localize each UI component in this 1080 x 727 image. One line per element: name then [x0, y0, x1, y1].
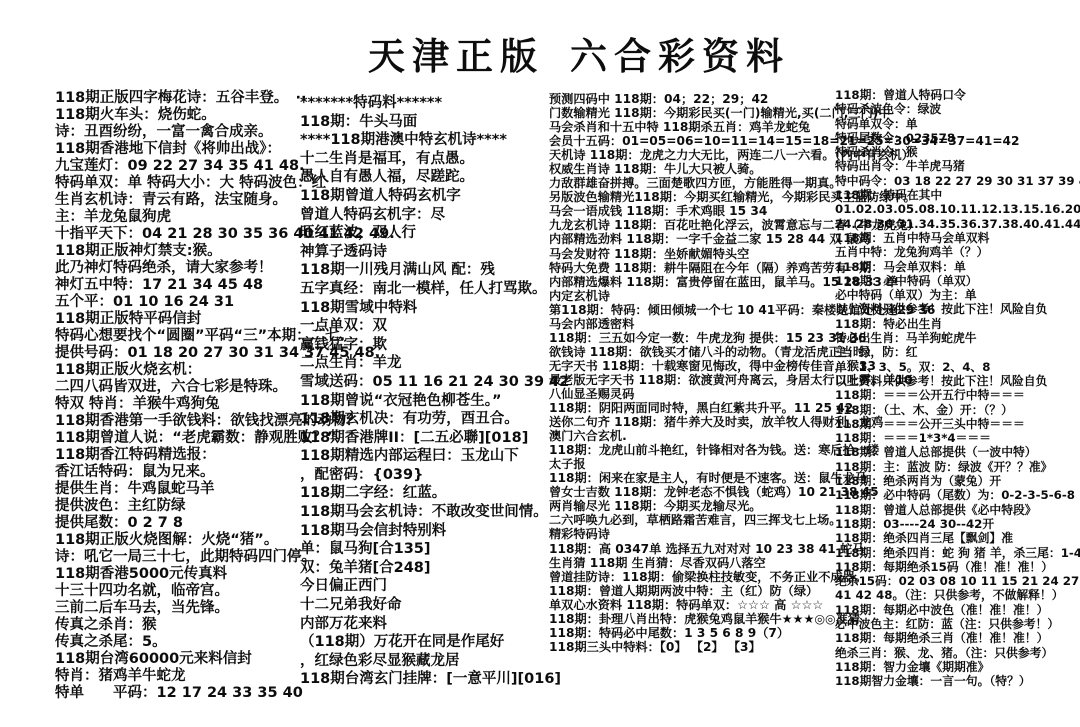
text-line: ****118期港澳中特玄机诗****	[300, 131, 569, 150]
text-line: 特必出生肖：马羊狗蛇虎牛	[835, 331, 1080, 345]
text-line: 特码出肖令：牛羊虎马猪	[835, 159, 1080, 173]
text-line: 118期：＝＝＝公开五行中特＝＝＝	[835, 388, 1080, 402]
text-line: 118期精选内部运程曰：玉龙山下	[300, 447, 569, 466]
text-line: 118期：（土、木、金）开：（？）	[835, 403, 1080, 417]
text-line: 单：1、3、5。双：2、4、8	[835, 360, 1080, 374]
text-line: 双：兔羊猪[合248]	[300, 559, 569, 578]
text-line: 主：绿，防：红	[835, 345, 1080, 359]
text-line: 愚人自有愚人福，尽蹉跎。	[300, 168, 569, 187]
text-line: 以上资料只供参考！按此下注！风险自负	[835, 374, 1080, 388]
text-line: 118期：绝杀两肖为（蒙兔）开	[835, 474, 1080, 488]
text-line: 118期一川残月满山风 配：残	[300, 261, 569, 280]
column-center-left: *******特码料******118期：牛头马面****118期港澳中特玄机诗…	[300, 94, 569, 689]
text-line: 118期：曾道人总部提供《必中特段》	[835, 503, 1080, 517]
text-line: 118期马会玄机诗：不敢改变世间情。	[300, 503, 569, 522]
page-title-part2: 六合彩资料	[570, 34, 790, 78]
text-line: 118期：曾道人特码口令	[835, 88, 1080, 102]
text-line: 118期智力金壤：一言一句。（特？）	[835, 674, 1080, 688]
text-line: 118期雪域中特料	[300, 299, 569, 318]
text-line: 特中码令：03 18 22 27 29 30 31 37 39 42 43 47	[835, 174, 1080, 188]
text-line: 118期：主：蓝波 防：绿波《开？？准》	[835, 460, 1080, 474]
text-line: 118期曾道人特码玄机字	[300, 187, 569, 206]
text-line: 曾道人特码玄机字：尽	[300, 206, 569, 225]
text-line: ，配密码：{039}	[300, 466, 569, 485]
text-line: 今日偏正西门	[300, 577, 569, 596]
text-line: 二点生肖：羊龙	[300, 354, 569, 373]
text-line: 必中波色主：红防：蓝（注：只供参考！）	[835, 617, 1080, 631]
text-line: 以上资料只供参考！按此下注！风险自负	[835, 302, 1080, 316]
text-line: 内部万花来料	[300, 615, 569, 634]
text-line: 24.28.30.31.34.35.36.37.38.40.41.44.45	[835, 217, 1080, 231]
text-line: 118期：每期绝杀15码（准！准！准！）	[835, 560, 1080, 574]
text-line: 118期：牛头马面	[300, 113, 569, 132]
text-line: 118期：特码在其中	[835, 188, 1080, 202]
text-line: ，红绿色彩尽显猴藏龙居	[300, 652, 569, 671]
text-line: 118期：必中特码（尾数）为：0-2-3-5-6-8	[835, 488, 1080, 502]
text-line: 118期：绝杀四肖：蛇 狗 猪 羊，杀三尾：1-4-8。[开？]	[835, 546, 1080, 560]
text-line: 神算子透码诗	[300, 243, 569, 262]
text-line: 118期台湾玄门挂牌：[一意平川][016]	[300, 670, 569, 689]
text-line: 赢钱猛字：欺	[300, 336, 569, 355]
text-line: 必中特码（单双）为主：单	[835, 288, 1080, 302]
lottery-info-sheet: 天津正版六合彩资料 118期正版四字梅花诗：五谷丰登。 ··118期火车头：烧伤…	[0, 0, 1080, 727]
text-line: 118期：每期必中波色（准！准！准！）	[835, 603, 1080, 617]
text-line: 118期：03----24 30--42开	[835, 517, 1080, 531]
text-line: 旺红蓝波，双人行	[300, 224, 569, 243]
text-line: 十二兄弟我好命	[300, 596, 569, 615]
text-line: 118期：曾道人总部提供（一波中特）	[835, 445, 1080, 459]
text-line: *******特码料******	[300, 94, 569, 113]
text-line: 绝杀三肖：猴、龙、猪。（注：只供参考）	[835, 646, 1080, 660]
text-line: 特码杀波色令：绿波	[835, 102, 1080, 116]
text-line: 118期：特必出生肖	[835, 317, 1080, 331]
text-line: 五字真经：南北一模样，任人打骂欺。	[300, 280, 569, 299]
page-title-part1: 天津正版	[368, 34, 544, 78]
text-line: 118期二字经：红蓝。	[300, 484, 569, 503]
text-line: 118期：每期绝杀三肖（准！准！准！）	[835, 631, 1080, 645]
text-line: 118期：五肖中特马会单双料	[835, 231, 1080, 245]
text-line: 118期曾说“衣冠艳色柳苍生。”	[300, 392, 569, 411]
text-line: 118期：马会单双料：单	[835, 260, 1080, 274]
text-line: 118期：必中特码（单双）	[835, 274, 1080, 288]
text-line: 一点单双：双	[300, 317, 569, 336]
text-line: 单：鼠马狗[合135]	[300, 540, 569, 559]
text-line: 118期玄机决：有功劳，酉丑合。	[300, 410, 569, 429]
text-line: 特码杀肖令：猴	[835, 145, 1080, 159]
text-line: 01.02.03.05.08.10.11.12.13.15.16.20.21	[835, 202, 1080, 216]
text-line: 绝杀15码：02 03 08 10 11 15 21 24 27 30 32 3…	[835, 574, 1080, 588]
text-line: 118期马会信封特别料	[300, 522, 569, 541]
text-line: 118期：智力金壤《期期准》	[835, 660, 1080, 674]
text-line: 五肖中特：龙兔狗鸡羊（？）	[835, 245, 1080, 259]
text-line: 特码单双令：单	[835, 117, 1080, 131]
text-line: 118期：绝杀四肖三尾【飘剑】准	[835, 531, 1080, 545]
text-line: 118期香港牌II：[二五必聯][018]	[300, 429, 569, 448]
column-right: 118期：曾道人特码口令特码杀波色令：绿波特码单双令：单特码尾数令：023578…	[835, 88, 1080, 688]
page-title: 天津正版六合彩资料	[368, 26, 790, 80]
text-line: 118期：＝＝＝公开三头中特＝＝＝	[835, 417, 1080, 431]
text-line: 118期：＝＝＝1*3*4＝＝＝	[835, 431, 1080, 445]
text-line: 41 42 48。（注：只供参考，不做解释！）	[835, 588, 1080, 602]
text-line: 雪域送码：05 11 16 21 24 30 39 42	[300, 373, 569, 392]
text-line: 十二生肖是福耳，有点愚。	[300, 150, 569, 169]
text-line: （118期）万花开在同是作尾好	[300, 633, 569, 652]
text-line: 特码尾数令：023578	[835, 131, 1080, 145]
